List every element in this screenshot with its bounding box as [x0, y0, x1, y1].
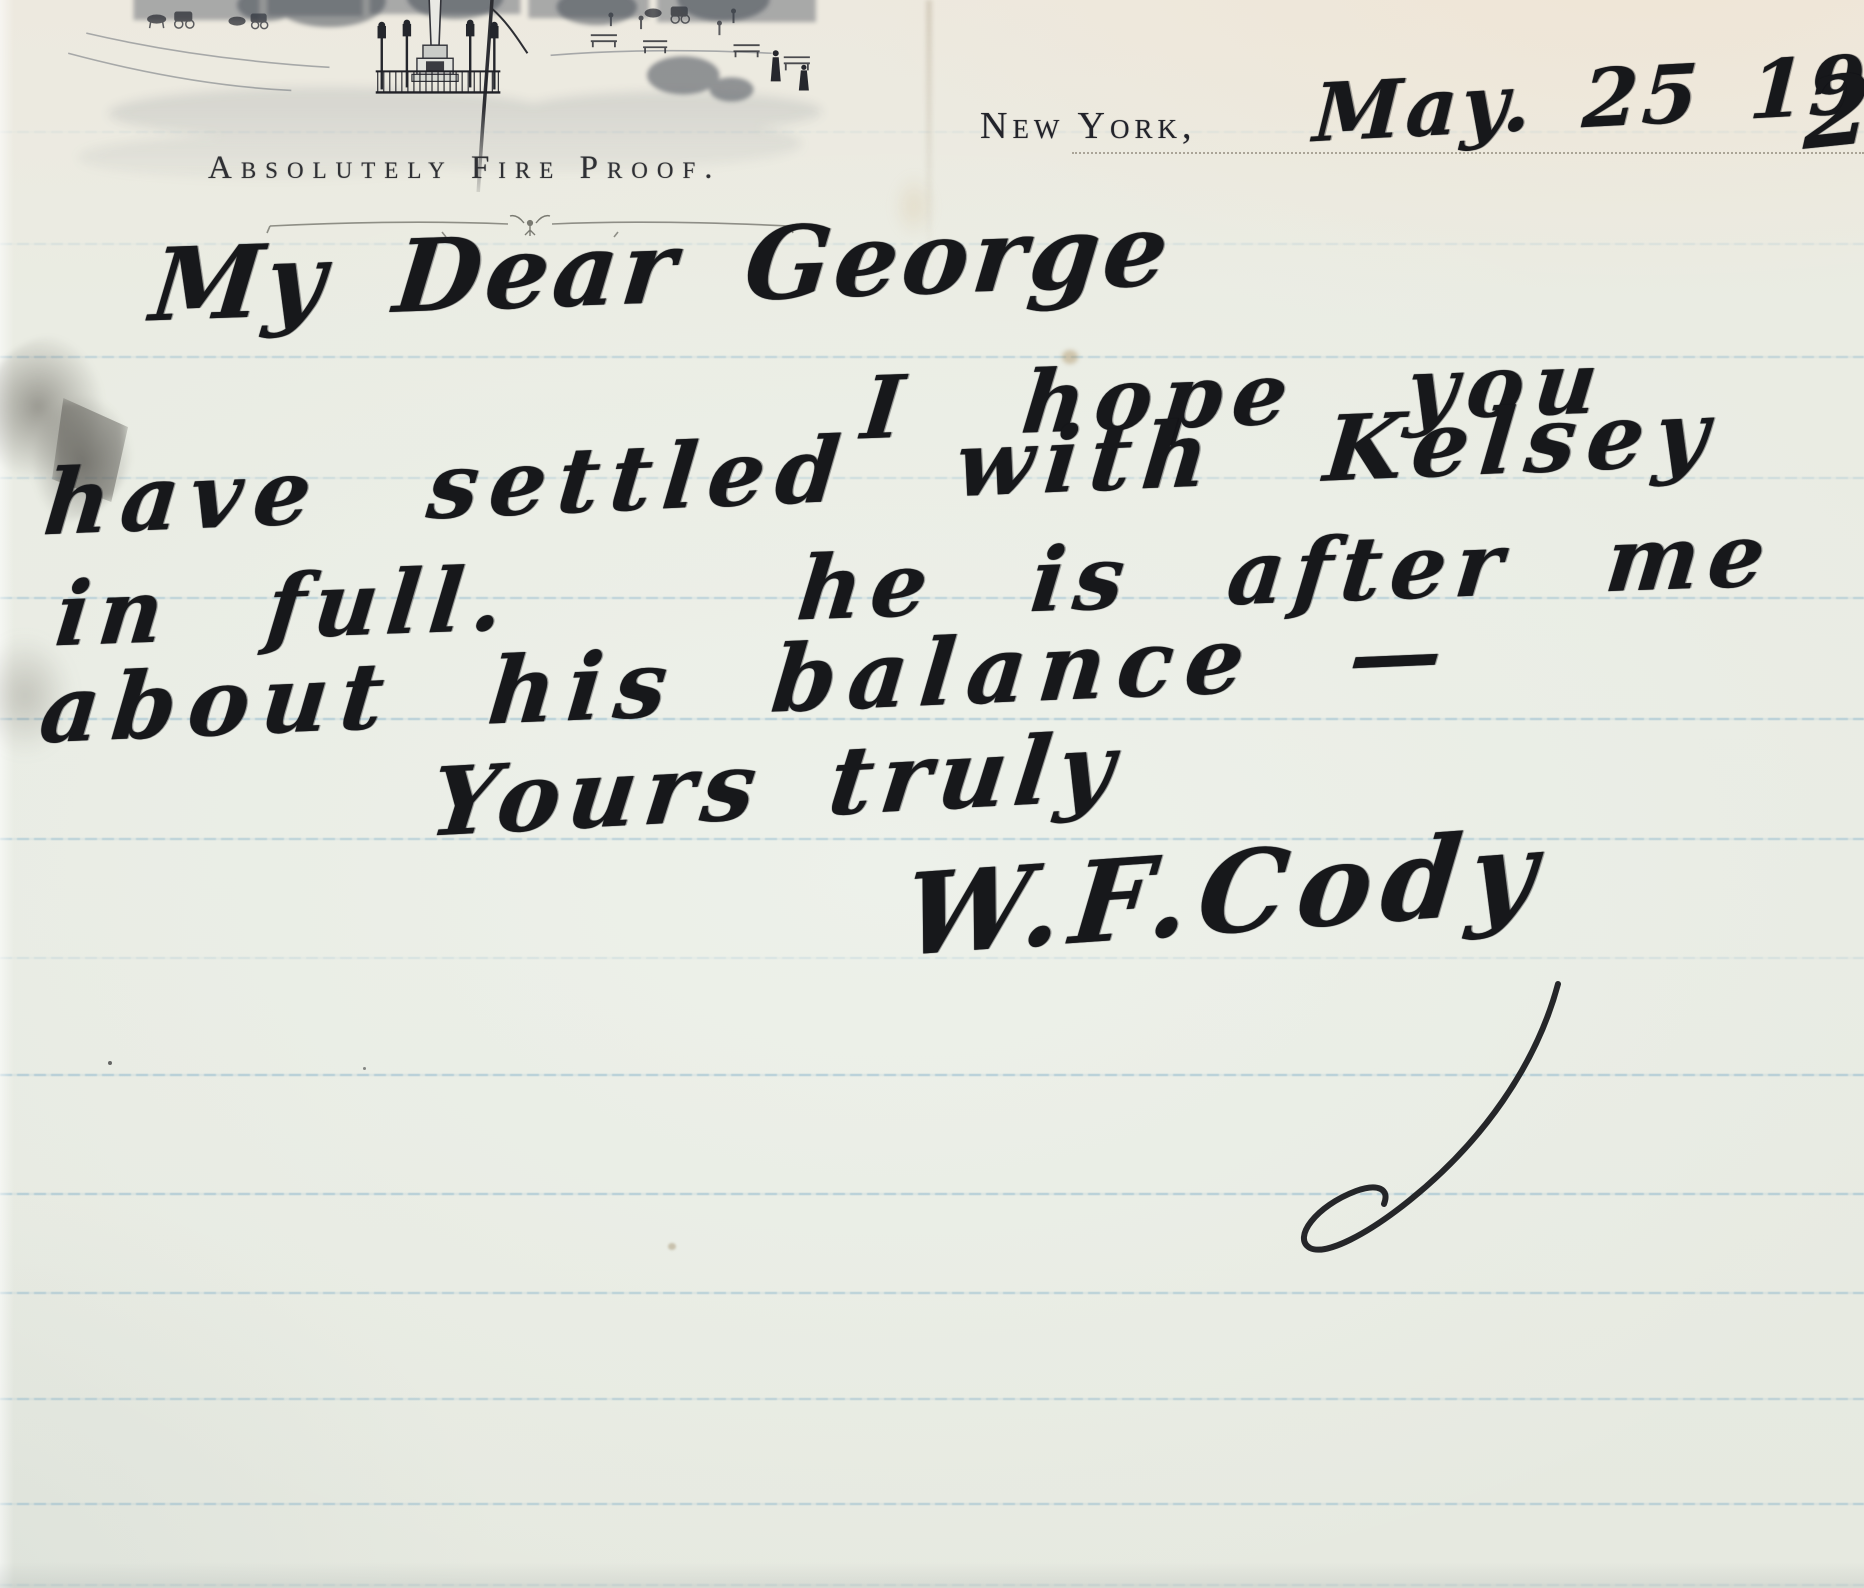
- rule-line: [0, 1503, 1864, 1505]
- paper-left-edge-highlight: [0, 0, 14, 1588]
- letterhead-tagline: Absolutely Fire Proof.: [208, 150, 722, 187]
- ink-speck: [363, 1067, 366, 1070]
- rule-line: [0, 838, 1864, 840]
- date-baseline-rule: [1072, 152, 1864, 154]
- age-spot: [668, 1243, 676, 1250]
- ink-speck: [108, 1061, 112, 1065]
- signature-flourish: [1078, 958, 1598, 1298]
- signature: W.F.Cody: [898, 805, 1552, 982]
- handwritten-date-partial-digit: 2: [1802, 51, 1864, 172]
- paper-bottom-shading: [0, 1562, 1864, 1588]
- handwritten-date: May. 25 190: [1311, 34, 1864, 161]
- letterhead-place: New York,: [980, 104, 1196, 148]
- letter-photograph: Absolutely Fire Proof. New York, May. 25…: [0, 0, 1864, 1588]
- rule-line: [0, 1398, 1864, 1400]
